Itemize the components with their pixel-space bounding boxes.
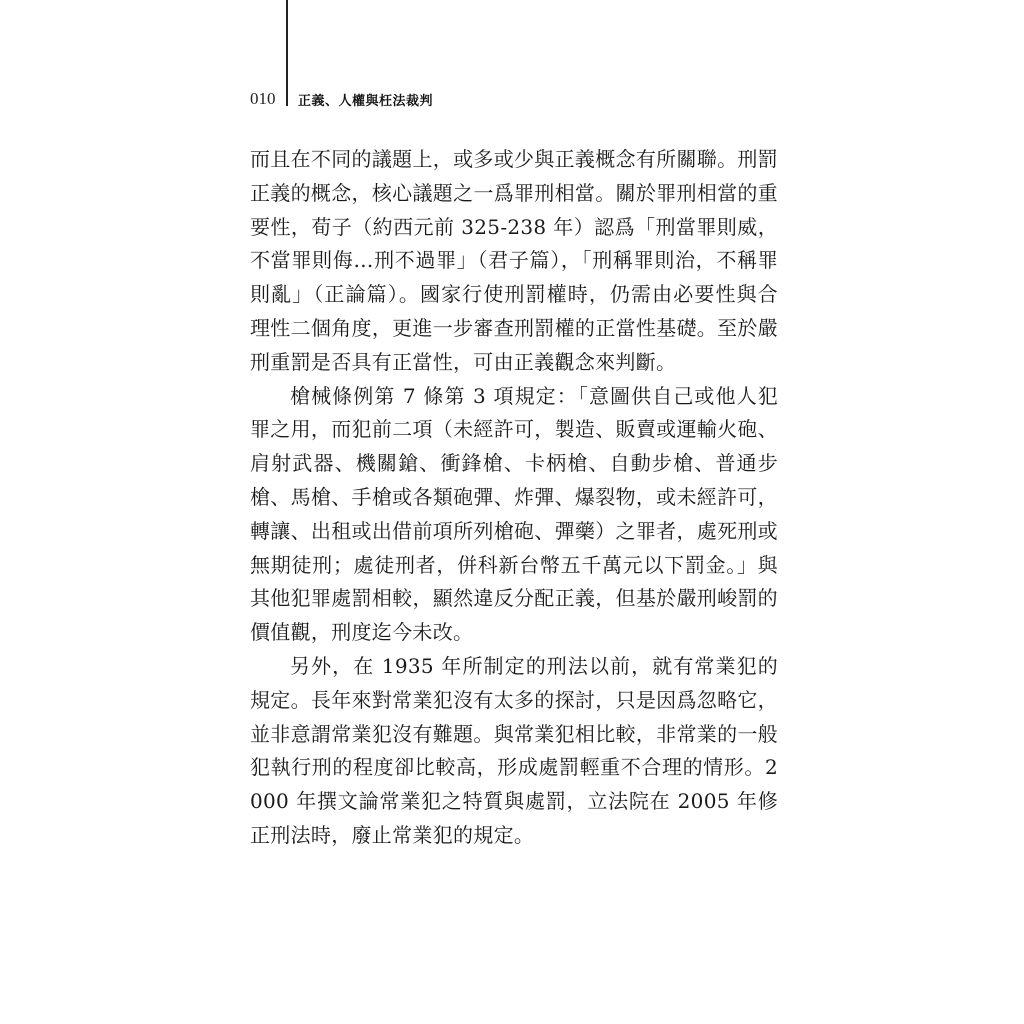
- header-vertical-rule: [286, 0, 288, 106]
- paragraph-1: 而且在不同的議題上，或多或少與正義概念有所關聯。刑罰正義的概念，核心議題之一爲罪…: [250, 143, 778, 380]
- page-number: 010: [250, 89, 286, 109]
- body-text: 而且在不同的議題上，或多或少與正義概念有所關聯。刑罰正義的概念，核心議題之一爲罪…: [250, 143, 778, 853]
- paragraph-3: 另外，在 1935 年所制定的刑法以前，就有常業犯的規定。長年來對常業犯沒有太多…: [250, 650, 778, 853]
- running-title: 正義、人權與枉法裁判: [298, 90, 433, 109]
- paragraph-2: 槍械條例第 7 條第 3 項規定：「意圖供自己或他人犯罪之用，而犯前二項（未經許…: [250, 380, 778, 650]
- page-header: 010 正義、人權與枉法裁判: [250, 88, 286, 110]
